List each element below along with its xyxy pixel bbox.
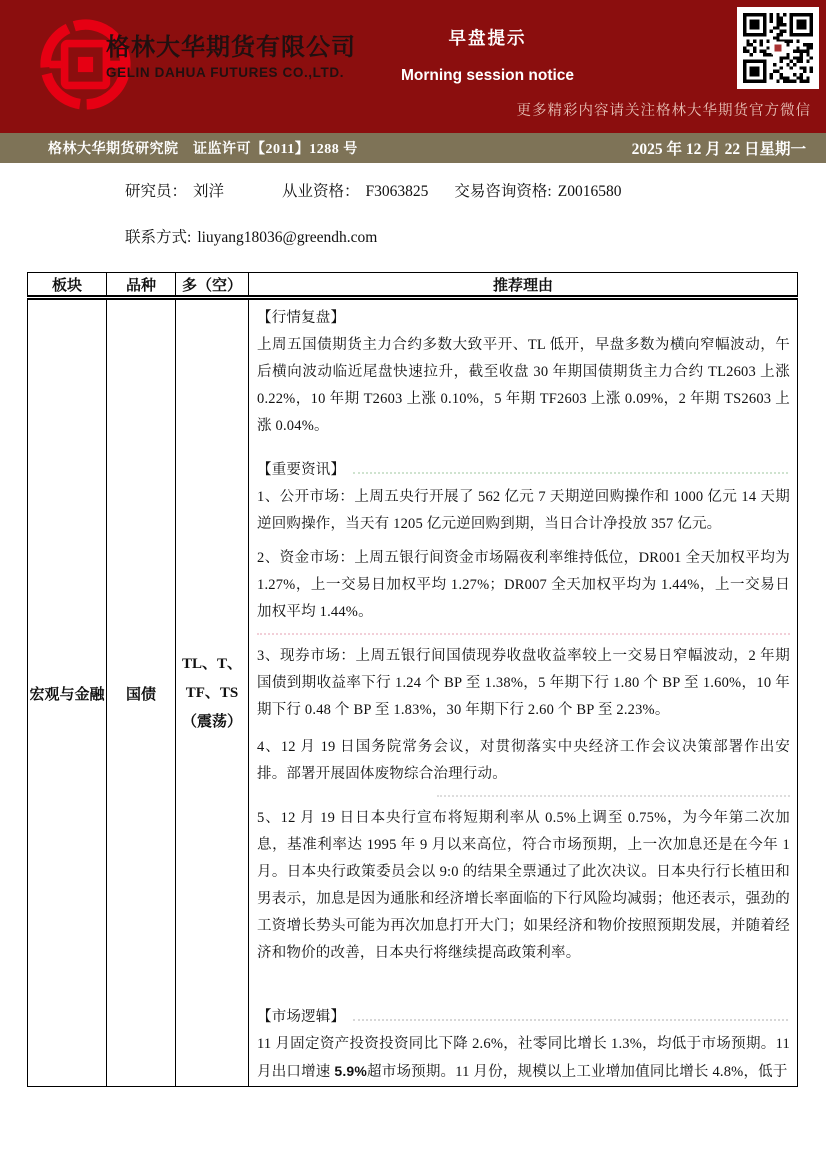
notice-title-block: 早盘提示 Morning session notice [375, 25, 600, 85]
notice-title-en: Morning session notice [375, 67, 600, 85]
wechat-qr-code-icon [737, 7, 819, 89]
review-paragraph: 上周五国债期货主力合约多数大致平开、TL 低开，早盘多数为横向窄幅波动，午后横向… [257, 332, 790, 440]
company-name-cn: 格林大华期货有限公司 [106, 27, 356, 62]
dotted-separator [437, 795, 790, 797]
cell-variety: 国债 [107, 298, 176, 1087]
col-header-reason: 推荐理由 [249, 273, 798, 298]
logic-text-bold: 5.9% [334, 1063, 367, 1079]
info-bar: 格林大华期货研究院 证监许可【2011】1288 号 2025 年 12 月 2… [0, 133, 826, 163]
logic-paragraph: 11 月固定资产投资投资同比下降 2.6%，社零同比增长 1.3%，均低于市场预… [257, 1031, 790, 1086]
section-title-news: 【重要资讯】 [257, 457, 345, 484]
researcher-name: 刘洋 [193, 183, 224, 200]
section-title-logic: 【市场逻辑】 [257, 1004, 345, 1031]
news-item: 2、资金市场：上周五银行间资金市场隔夜利率维持低位，DR001 全天加权平均为 … [257, 545, 790, 626]
advisory-number: Z0016580 [558, 183, 622, 200]
notice-title-cn: 早盘提示 [375, 25, 600, 50]
cell-sector: 宏观与金融 [28, 298, 107, 1087]
dotted-separator [353, 472, 788, 474]
researcher-label: 研究员： [125, 183, 187, 200]
researcher-info: 研究员：刘洋从业资格：F3063825交易咨询资格:Z0016580 联系方式:… [125, 182, 826, 248]
logic-text-after: 超市场预期。11 月份，规模以上工业增加值同比增长 4.8%，低于 [367, 1064, 788, 1080]
cell-reason: 【行情复盘】 上周五国债期货主力合约多数大致平开、TL 低开，早盘多数为横向窄幅… [249, 298, 798, 1087]
col-header-sector: 板块 [28, 273, 107, 298]
qualification-label: 从业资格： [282, 183, 360, 200]
top-banner: 格林大华期货有限公司 GELIN DAHUA FUTURES CO.,LTD. … [0, 0, 826, 133]
section-title-news-row: 【重要资讯】 [257, 457, 790, 484]
col-header-direction: 多（空） [176, 273, 249, 298]
table-row: 宏观与金融 国债 TL、T、TF、TS（震荡） 【行情复盘】 上周五国债期货主力… [28, 298, 798, 1087]
institute-license-text: 格林大华期货研究院 证监许可【2011】1288 号 [48, 138, 358, 158]
news-item: 5、12 月 19 日日本央行宣布将短期利率从 0.5%上调至 0.75%，为今… [257, 805, 790, 967]
news-item: 1、公开市场：上周五央行开展了 562 亿元 7 天期逆回购操作和 1000 亿… [257, 484, 790, 538]
news-item: 3、现券市场：上周五银行间国债现券收盘收益率较上一交易日窄幅波动，2 年期国债到… [257, 643, 790, 724]
section-title-review: 【行情复盘】 [257, 305, 790, 332]
news-item: 4、12 月 19 日国务院常务会议，对贯彻落实中央经济工作会议决策部署作出安排… [257, 734, 790, 788]
dotted-separator [257, 633, 790, 635]
recommendation-table: 板块 品种 多（空） 推荐理由 宏观与金融 国债 TL、T、TF、TS（震荡） … [27, 272, 798, 1087]
cell-direction: TL、T、TF、TS（震荡） [176, 298, 249, 1087]
researcher-line-2: 联系方式:liuyang18036@greendh.com [125, 228, 826, 248]
report-date: 2025 年 12 月 22 日星期一 [632, 137, 806, 159]
wechat-tip-text: 更多精彩内容请关注格林大华期货官方微信 [517, 99, 812, 120]
advisory-label: 交易咨询资格: [454, 183, 551, 200]
researcher-line-1: 研究员：刘洋从业资格：F3063825交易咨询资格:Z0016580 [125, 182, 826, 202]
col-header-variety: 品种 [107, 273, 176, 298]
morning-notice-page: { "colors": { "banner_bg": "#8b0e0e", "i… [0, 0, 826, 1169]
company-name-en: GELIN DAHUA FUTURES CO.,LTD. [106, 65, 356, 80]
table-header-row: 板块 品种 多（空） 推荐理由 [28, 273, 798, 298]
dotted-separator [353, 1019, 788, 1021]
section-title-logic-row: 【市场逻辑】 [257, 1004, 790, 1031]
company-name-block: 格林大华期货有限公司 GELIN DAHUA FUTURES CO.,LTD. [106, 27, 356, 80]
contact-email: liuyang18036@greendh.com [197, 229, 377, 246]
qualification-number: F3063825 [366, 183, 429, 200]
contact-label: 联系方式: [125, 229, 191, 246]
